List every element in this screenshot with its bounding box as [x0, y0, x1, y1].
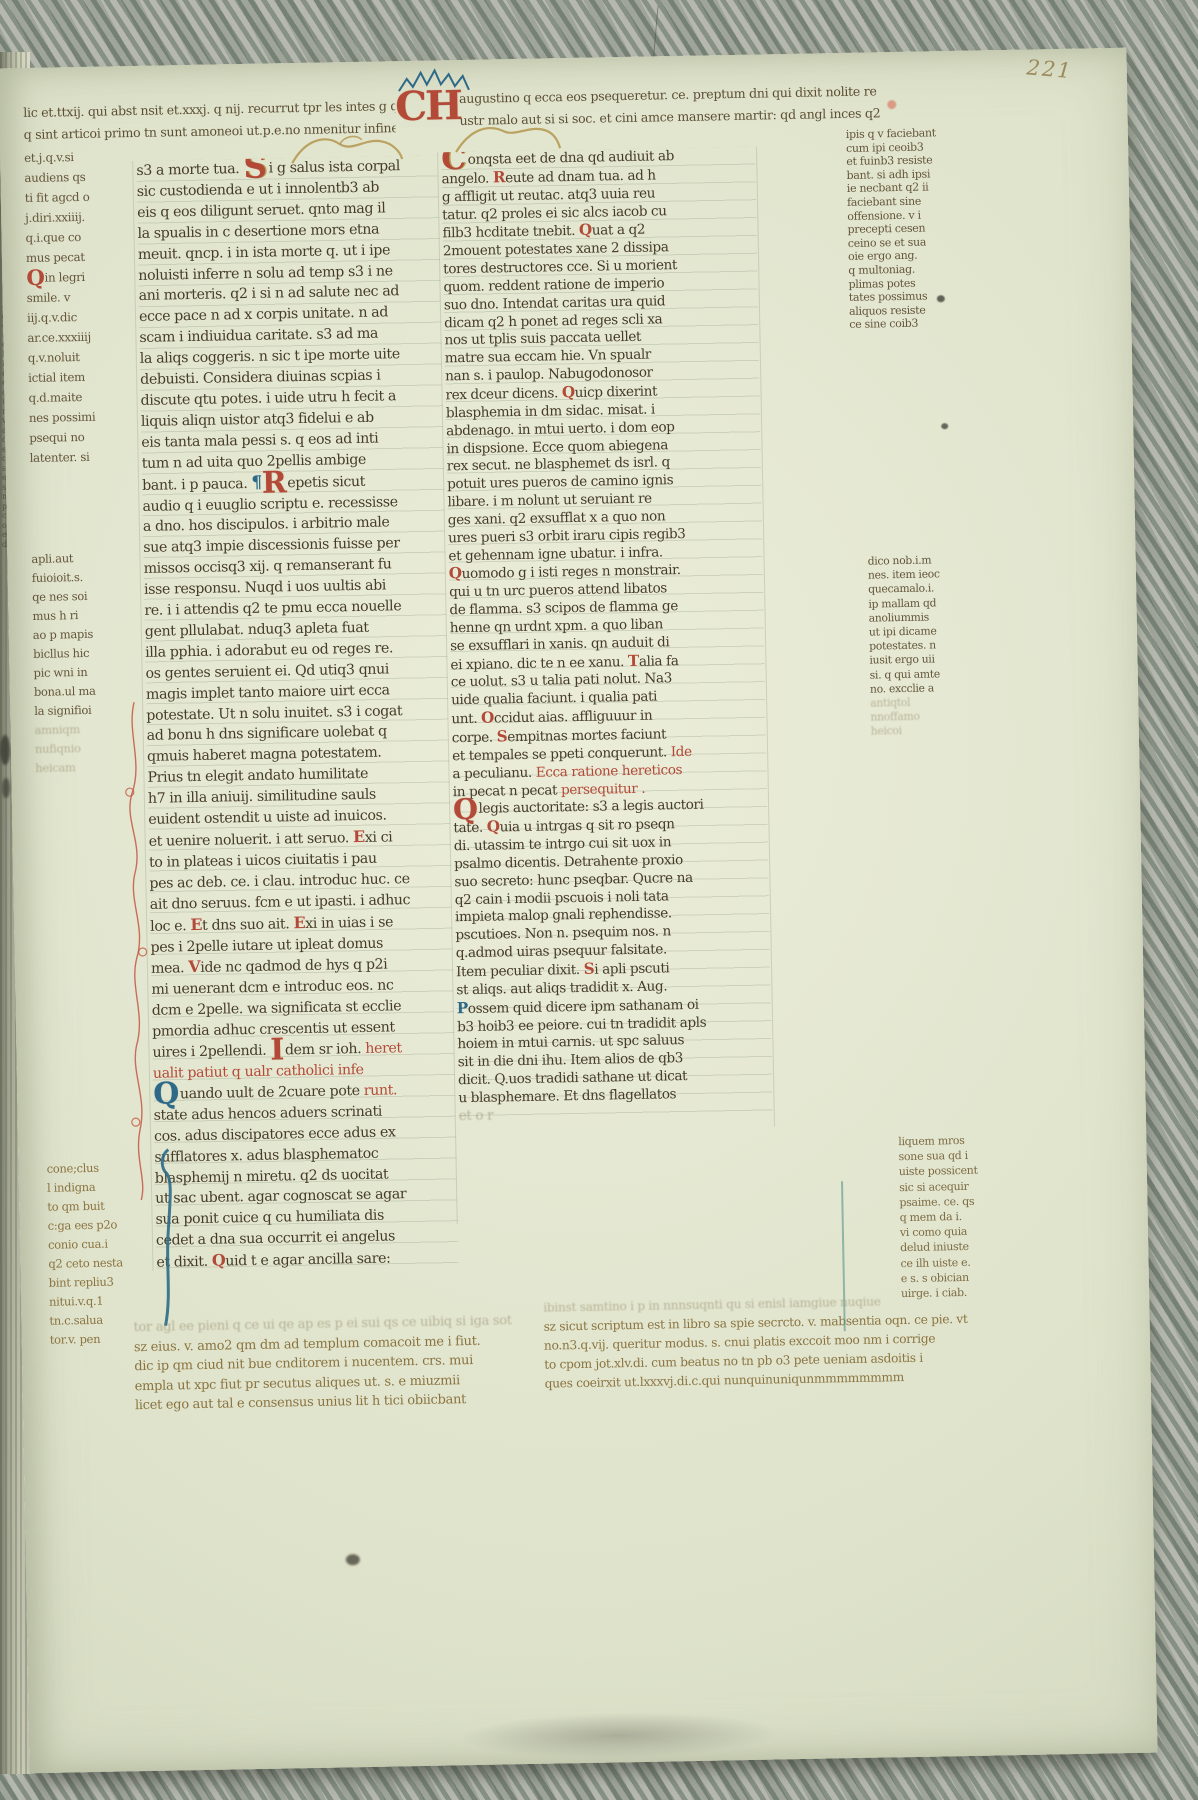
text-line: q.d.maite	[28, 386, 140, 408]
gloss-bottom-left: tor agl ee pieni q ce ui qe ap es p ei s…	[133, 1311, 521, 1416]
text-line: iij.q.v.dic	[27, 306, 139, 328]
text-line: ictial item	[28, 366, 140, 388]
text-line: audiens qs	[24, 166, 136, 188]
ink-smudge	[0, 735, 10, 765]
text-line: bona.ul ma	[34, 681, 140, 702]
text-line: bicllus hic	[33, 643, 139, 664]
gloss-left-top: et.j.q.v.siaudiens qsti fit agcd oj.diri…	[24, 146, 142, 468]
text-line: ti fit agcd o	[25, 186, 137, 208]
text-line: ce sine coib3	[849, 316, 979, 332]
text-line: nes possimi	[29, 406, 141, 428]
text-line: mus pecat	[26, 246, 138, 268]
gold-flourish-icon	[452, 120, 563, 156]
text-line: smile. v	[27, 286, 139, 308]
text-line: q2 ceto nesta	[48, 1253, 152, 1274]
text-line: latenter. si	[29, 446, 141, 468]
text-line: fuioioit.s.	[32, 567, 138, 588]
text-line: ar.ce.xxxiiij	[27, 326, 139, 348]
text-line: c:ga ees p2o	[48, 1215, 152, 1236]
parchment-shadow	[459, 1709, 780, 1761]
stray-fiber	[652, 6, 658, 64]
manuscript-photo: { "meta": { "description_label": "Mediev…	[0, 0, 1198, 1800]
text-line: heicoi	[871, 723, 991, 739]
ink-smudge	[2, 778, 10, 798]
text-line: pic wni in	[33, 662, 139, 683]
text-line: et.j.q.v.si	[24, 146, 136, 168]
dark-stain	[346, 1554, 360, 1565]
gloss-right-top: ipis q v faciebantcum ipi ceoib3et fuinb…	[846, 126, 980, 332]
gloss-bottom-right: ibinst samtino i p in nnnsuqnti qu si en…	[543, 1290, 1017, 1394]
text-line: nitui.v.q.1	[49, 1291, 153, 1312]
text-line: q.i.que co	[25, 226, 137, 248]
gold-flourish-icon	[286, 131, 407, 167]
gloss-right-bottom: liquem mrossone sua qd iuiste possicents…	[898, 1132, 1013, 1301]
text-line: bint repliu3	[49, 1272, 153, 1293]
text-line: psequi no	[29, 426, 141, 448]
manuscript-page: 221 lic et.ttxij. qui abst nsit et.xxxj.…	[0, 48, 1158, 1773]
text-line: mus h ri	[32, 605, 138, 626]
text-line: apli.aut	[31, 548, 137, 569]
text-line: j.diri.xxiiij.	[25, 206, 137, 228]
text-line: ao p mapis	[33, 624, 139, 645]
text-column-2: Conqsta eet de dna qd audiuit abangelo. …	[441, 147, 773, 1126]
folio-number: 221	[1026, 55, 1074, 83]
ink-speck	[941, 423, 948, 429]
blue-penwork-flourish-icon	[154, 1147, 179, 1327]
pink-stain	[887, 100, 896, 109]
gloss-right-mid: dico nob.i.mnes. item ieocquecamalo.i.ip…	[868, 552, 991, 739]
text-line: conio cua.i	[48, 1234, 152, 1255]
text-line: Qin legri	[26, 266, 138, 288]
text-line: et dixit. Quid t e agar ancilla sare:	[156, 1246, 458, 1273]
text-column-1: s3 a morte tua. Si g salus ista corpalsi…	[136, 155, 458, 1273]
text-line: q.v.noluit	[28, 346, 140, 368]
text-line: qe nes soi	[32, 586, 138, 607]
